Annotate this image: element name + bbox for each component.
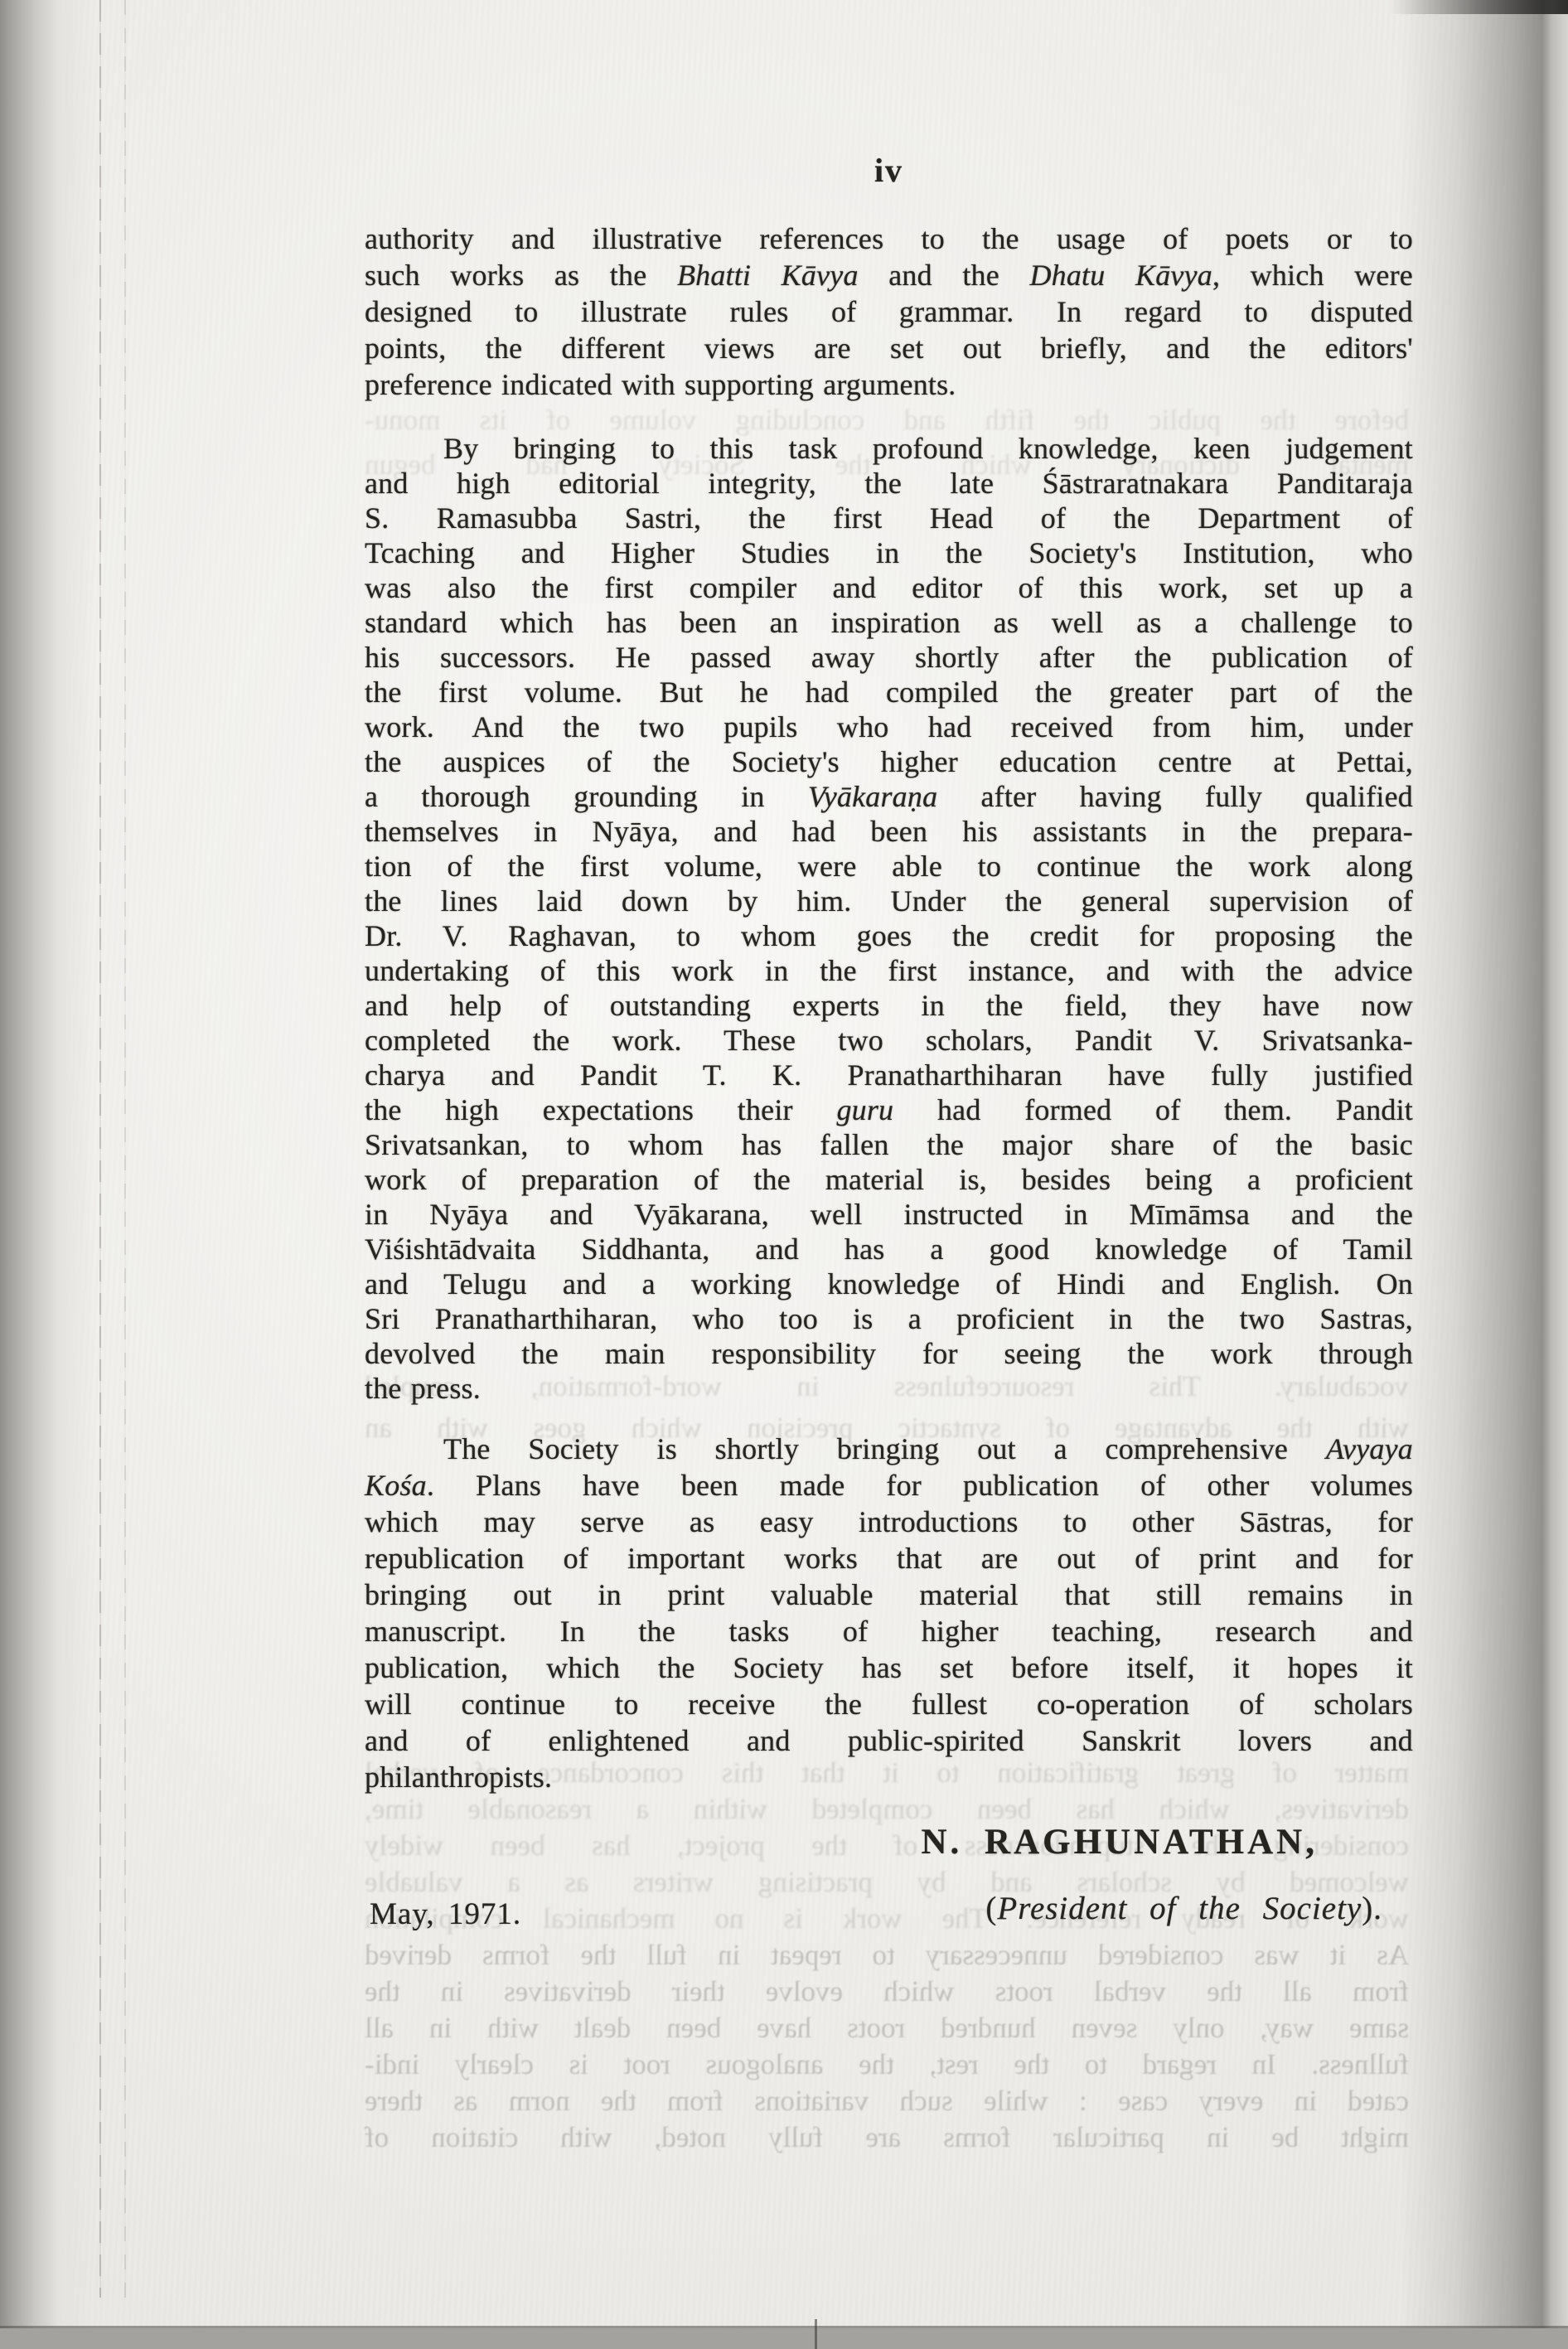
text-line: bringing out in print valuable material … bbox=[365, 1576, 1413, 1613]
text-line: publication, which the Society has set b… bbox=[365, 1649, 1413, 1686]
scan-bottom-edge bbox=[0, 2326, 1568, 2349]
text-line: will continue to receive the fullest co-… bbox=[365, 1686, 1413, 1722]
text-line: and Telugu and a working knowledge of Hi… bbox=[365, 1267, 1413, 1301]
text-line: Dr. V. Raghavan, to whom goes the credit… bbox=[365, 918, 1413, 953]
text-line: the lines laid down by him. Under the ge… bbox=[365, 884, 1413, 918]
text-line: and help of outstanding experts in the f… bbox=[365, 988, 1413, 1023]
text-line: S. Ramasubba Sastri, the first Head of t… bbox=[365, 501, 1413, 535]
bleedthrough-line: same way, only seven hundred roots have … bbox=[365, 2011, 1409, 2046]
page-number: iv bbox=[365, 151, 1413, 190]
text-line: philanthropists. bbox=[365, 1759, 1413, 1795]
text-line: tion of the first volume, were able to c… bbox=[365, 849, 1413, 884]
text-line: points, the different views are set out … bbox=[365, 330, 1413, 366]
text-line: By bringing to this task profound knowle… bbox=[365, 431, 1413, 466]
text-line: themselves in Nyāya, and had been his as… bbox=[365, 814, 1413, 849]
page-crease-line bbox=[99, 0, 101, 2298]
text-line: completed the work. These two scholars, … bbox=[365, 1023, 1413, 1058]
text-line: charya and Pandit T. K. Pranatharthihara… bbox=[365, 1058, 1413, 1092]
text-line: in Nyāya and Vyākarana, well instructed … bbox=[365, 1197, 1413, 1232]
text-line: and of enlightened and public-spirited S… bbox=[365, 1722, 1413, 1759]
scan-left-edge bbox=[0, 0, 98, 2349]
scan-top-right-shadow bbox=[1390, 0, 1568, 14]
bleedthrough-line: cated in every case : while such variati… bbox=[365, 2084, 1409, 2119]
text-line: Sri Pranatharthiharan, who too is a prof… bbox=[365, 1301, 1413, 1336]
text-line: work. And the two pupils who had receive… bbox=[365, 710, 1413, 744]
bleedthrough-line: from all the verbal roots which evolve t… bbox=[365, 1974, 1409, 2009]
signature-title: (President of the Society). bbox=[365, 1890, 1382, 1927]
bleedthrough-line: As it was considered unnecessary to repe… bbox=[365, 1938, 1409, 1973]
text-line: designed to illustrate rules of grammar.… bbox=[365, 293, 1413, 330]
text-line: the first volume. But he had compiled th… bbox=[365, 675, 1413, 710]
signature-name: N. RAGHUNATHAN, bbox=[365, 1822, 1318, 1862]
scanned-book-page: before the public the fifth and concludi… bbox=[0, 0, 1568, 2349]
text-line: the press. bbox=[365, 1371, 1413, 1406]
text-line: The Society is shortly bringing out a co… bbox=[365, 1431, 1413, 1467]
text-line: was also the first compiler and editor o… bbox=[365, 570, 1413, 605]
text-line: such works as the Bhatti Kāvya and the D… bbox=[365, 257, 1413, 293]
page-gutter-shadow bbox=[1399, 0, 1541, 2349]
text-line: which may serve as easy introductions to… bbox=[365, 1504, 1413, 1540]
text-line: his successors. He passed away shortly a… bbox=[365, 640, 1413, 675]
text-line: Srivatsankan, to whom has fallen the maj… bbox=[365, 1127, 1413, 1162]
bleedthrough-line: fullness. In regard to the rest, the ana… bbox=[365, 2047, 1409, 2082]
text-line: a thorough grounding in Vyākaraṇa after … bbox=[365, 779, 1413, 814]
text-line: republication of important works that ar… bbox=[365, 1540, 1413, 1576]
paragraph-authority: authority and illustrative references to… bbox=[365, 220, 1413, 403]
bleedthrough-line: might be in particular forms are fully n… bbox=[365, 2120, 1409, 2155]
text-line: devolved the main responsibility for see… bbox=[365, 1336, 1413, 1371]
text-line: manuscript. In the tasks of higher teach… bbox=[365, 1613, 1413, 1649]
text-line: Kośa. Plans have been made for publicati… bbox=[365, 1467, 1413, 1504]
text-line: Tcaching and Higher Studies in the Socie… bbox=[365, 535, 1413, 570]
adjacent-page-edge bbox=[1541, 0, 1568, 2349]
paragraph-editors: By bringing to this task profound knowle… bbox=[365, 431, 1413, 1406]
text-line: and high editorial integrity, the late Ś… bbox=[365, 466, 1413, 501]
text-line: work of preparation of the material is, … bbox=[365, 1162, 1413, 1197]
text-line: standard which has been an inspiration a… bbox=[365, 605, 1413, 640]
text-line: preference indicated with supporting arg… bbox=[365, 366, 1413, 403]
text-line: Viśishtādvaita Siddhanta, and has a good… bbox=[365, 1232, 1413, 1267]
paragraph-society-plans: The Society is shortly bringing out a co… bbox=[365, 1431, 1413, 1795]
text-line: undertaking of this work in the first in… bbox=[365, 953, 1413, 988]
text-line: authority and illustrative references to… bbox=[365, 220, 1413, 257]
text-line: the auspices of the Society's higher edu… bbox=[365, 744, 1413, 779]
scan-bottom-mark bbox=[815, 2319, 817, 2349]
text-line: the high expectations their guru had for… bbox=[365, 1092, 1413, 1127]
page-crease-line bbox=[124, 0, 126, 2298]
